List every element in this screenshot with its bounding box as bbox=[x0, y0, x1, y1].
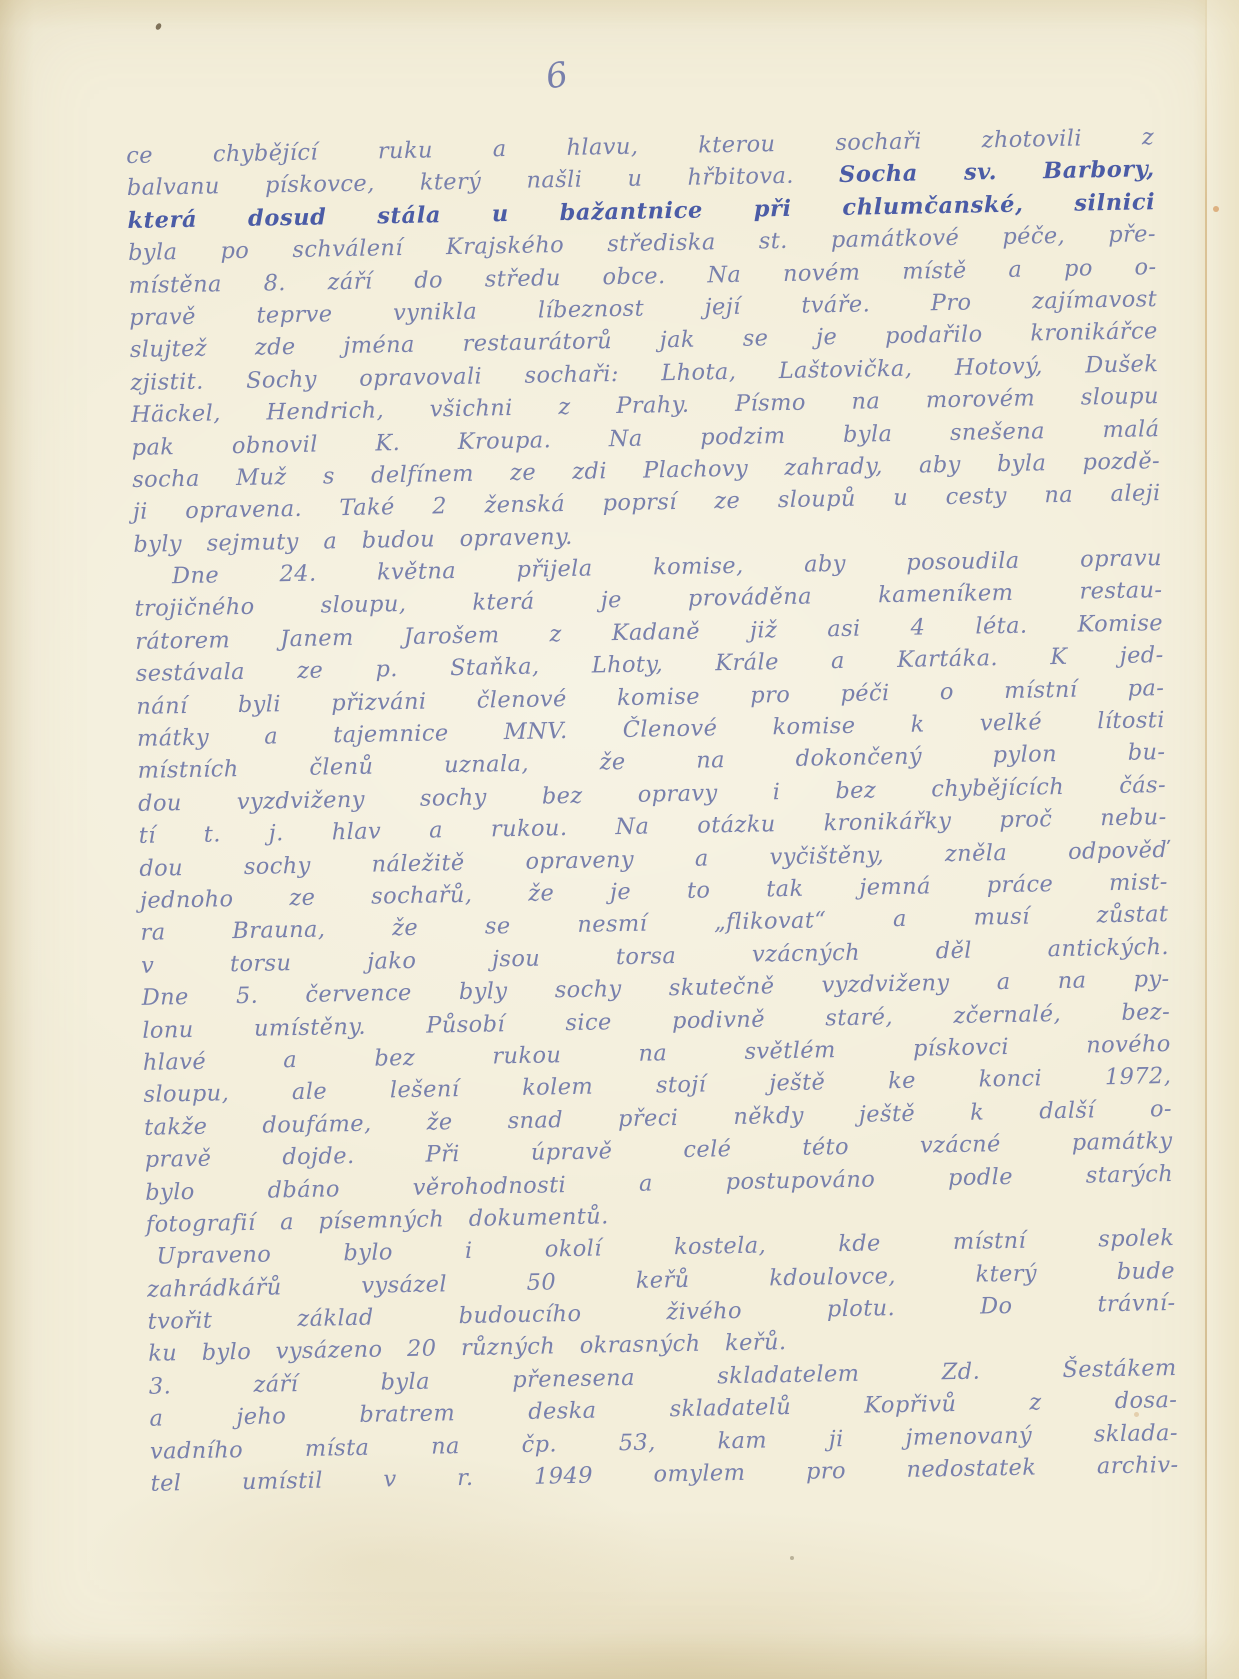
chronicle-page: 6 ce chybějící ruku a hlavu, kterou soch… bbox=[0, 0, 1239, 1679]
page-edge-strip bbox=[1207, 0, 1239, 1679]
paper-speck bbox=[155, 22, 163, 31]
paper-speck bbox=[790, 1556, 794, 1560]
paper-speck bbox=[1134, 1412, 1139, 1417]
emphasized-text: Socha sv. Barbory, bbox=[839, 157, 1155, 189]
handwritten-text: fotografií a písemných dokumentů. bbox=[146, 1203, 609, 1237]
text-body: ce chybějící ruku a hlavu, kterou sochař… bbox=[126, 121, 1179, 1500]
handwritten-text: byly sejmuty a budou opraveny. bbox=[133, 524, 573, 558]
page-number: 6 bbox=[543, 54, 571, 97]
paper-speck bbox=[1213, 206, 1219, 212]
